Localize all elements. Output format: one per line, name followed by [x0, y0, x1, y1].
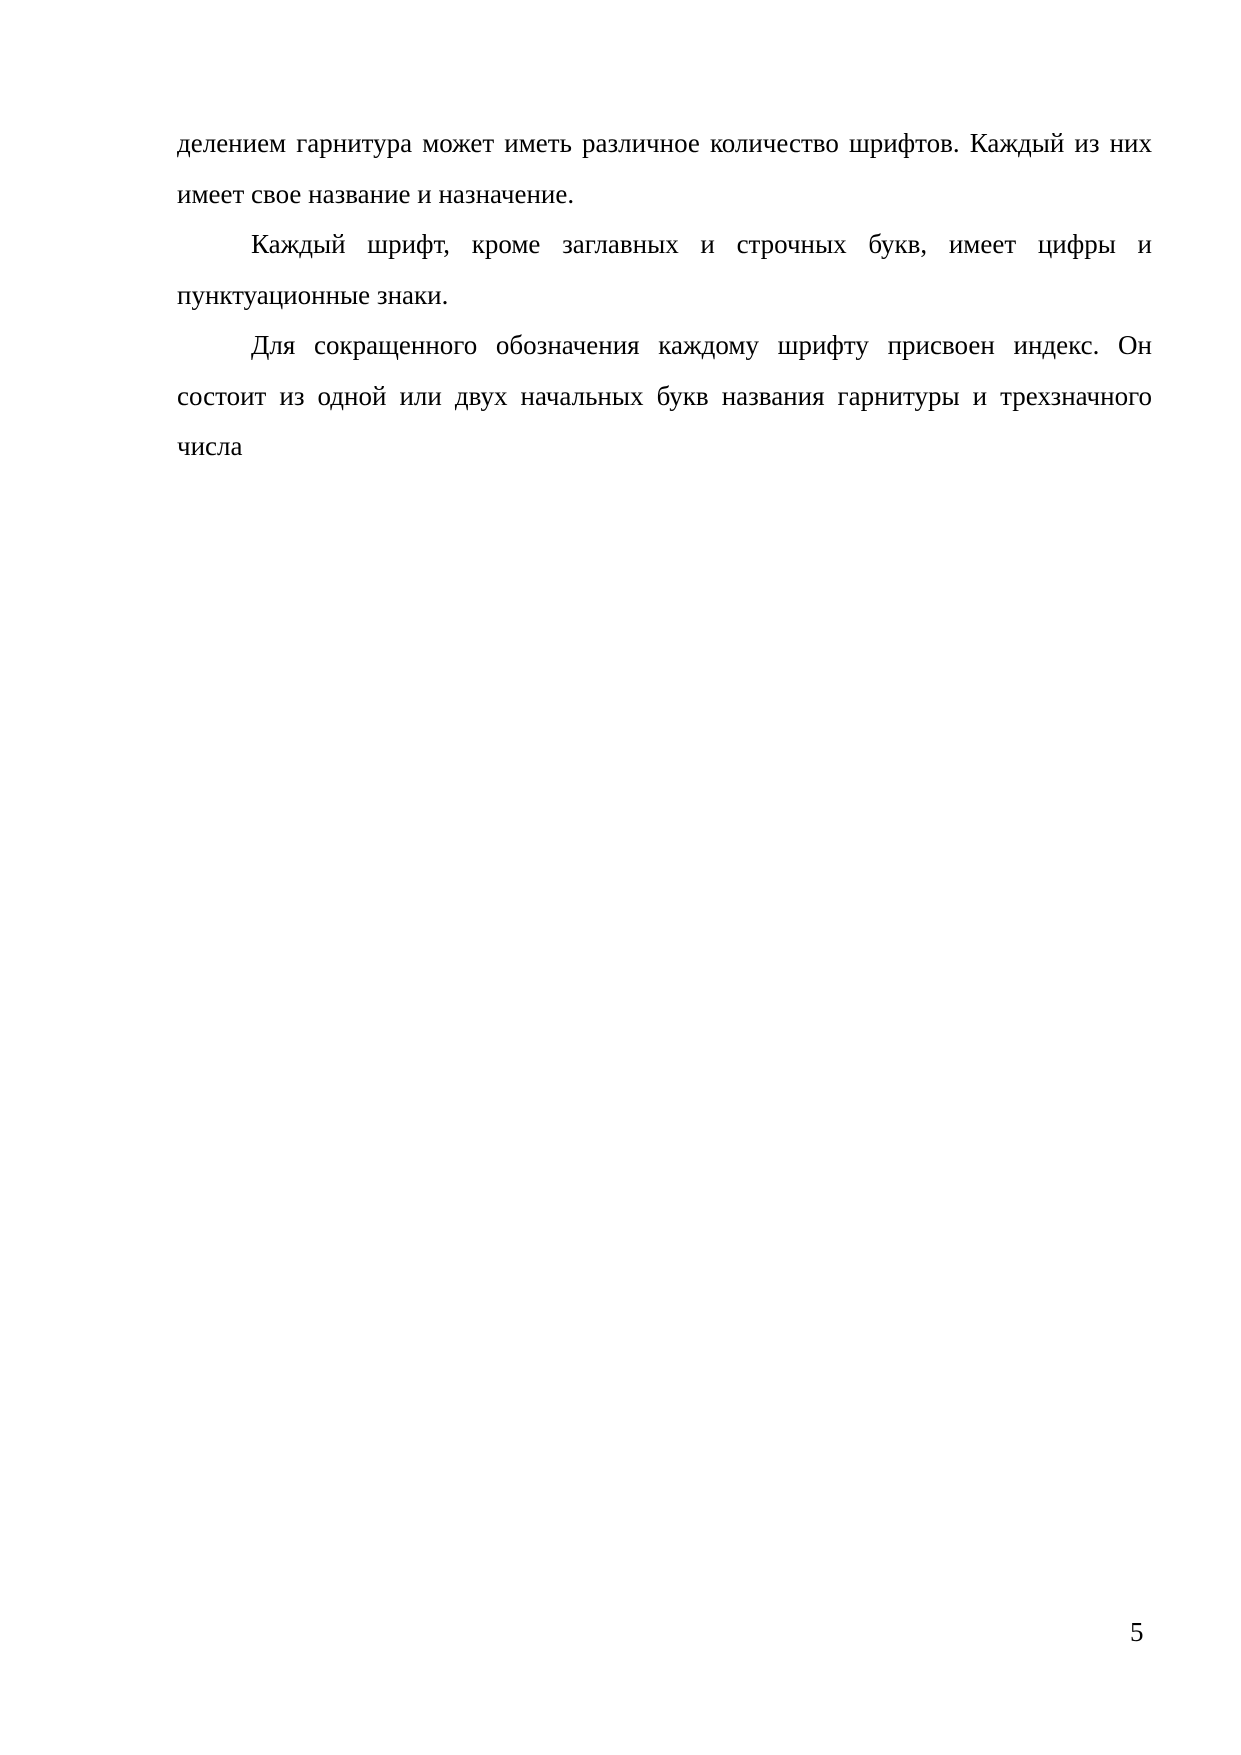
paragraph-font-characters: Каждый шрифт, кроме заглавных и строчных…: [177, 219, 1152, 320]
body-text: делением гарнитура может иметь различное…: [177, 118, 1152, 472]
page-number: 5: [1130, 1617, 1144, 1648]
paragraph-font-index: Для сокращенного обозначения каждому шри…: [177, 320, 1152, 472]
paragraph-continuation: делением гарнитура может иметь различное…: [177, 118, 1152, 219]
document-page: делением гарнитура может иметь различное…: [0, 0, 1241, 1755]
